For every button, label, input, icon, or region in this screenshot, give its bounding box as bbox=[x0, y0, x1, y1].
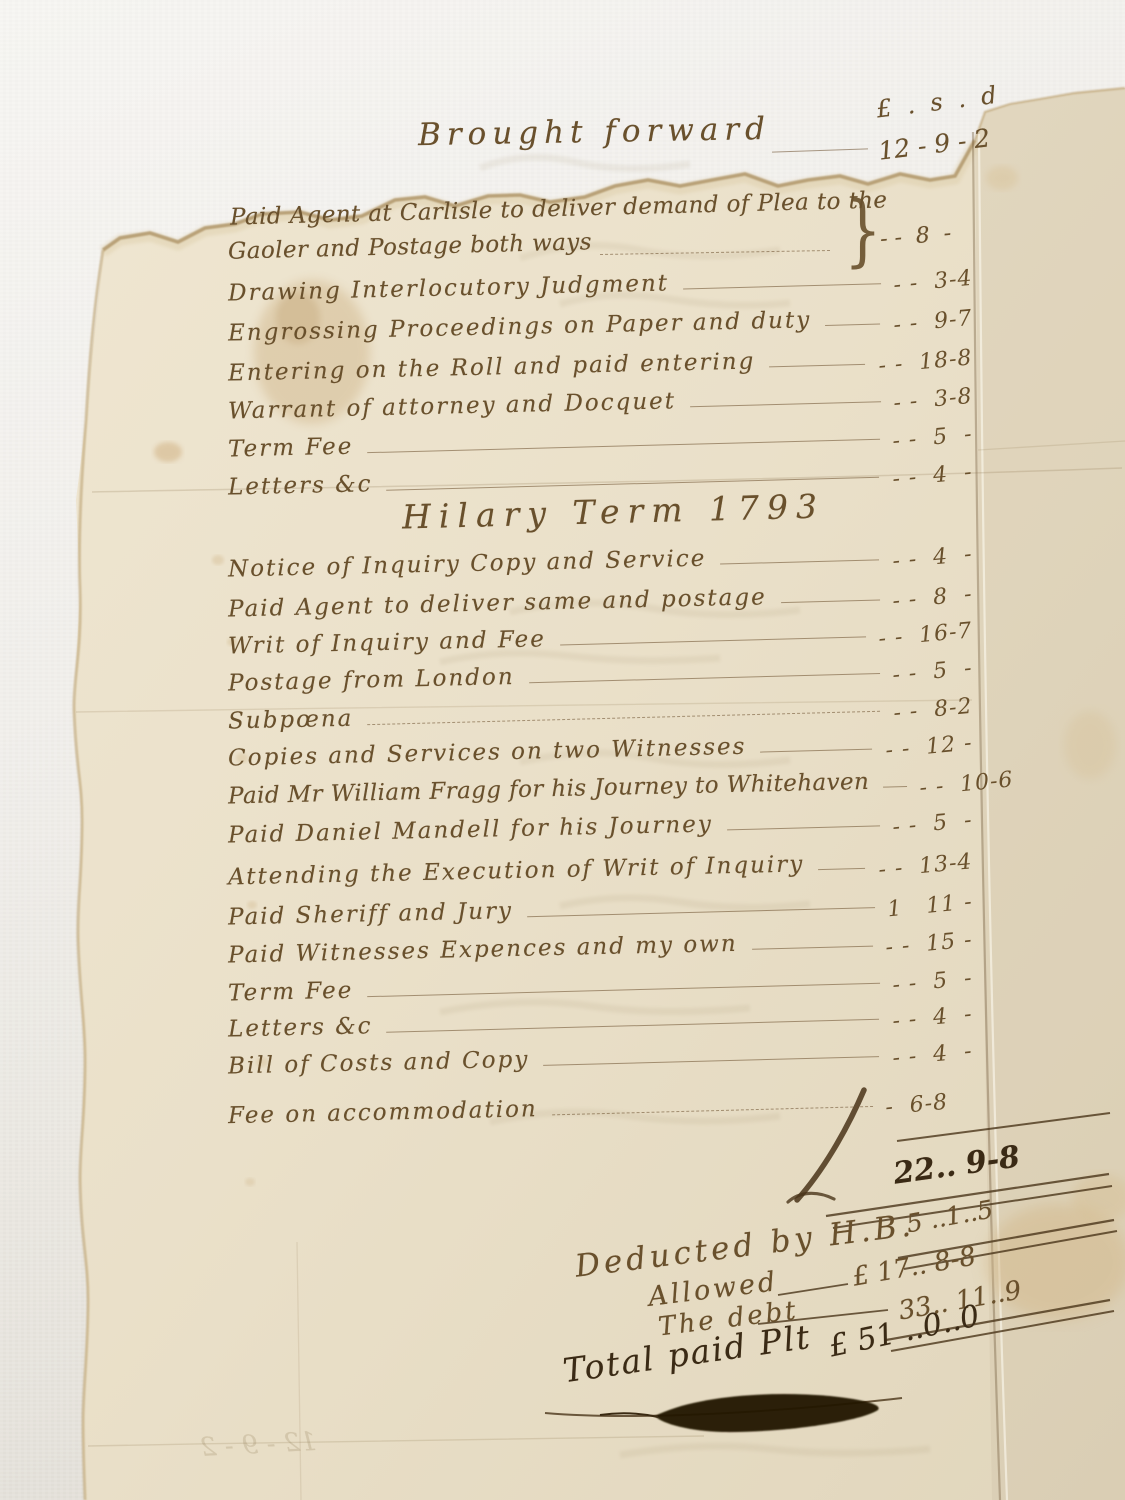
leader-line bbox=[529, 673, 880, 683]
leader-line bbox=[560, 636, 866, 645]
entry-desc: Term Fee bbox=[228, 434, 354, 463]
entry-brace: } bbox=[844, 186, 881, 276]
leader-line bbox=[683, 283, 881, 289]
entry-desc: Subpœna bbox=[228, 706, 354, 735]
entry-desc: Letters &c bbox=[228, 1013, 373, 1042]
bleed-through-amount: 12 - 9 - 2 bbox=[199, 1427, 317, 1463]
leader-line bbox=[752, 946, 873, 950]
document-photo: £ . s . d Brought forward 12 - 9 - 2 Pai… bbox=[0, 0, 1125, 1500]
leader-line bbox=[883, 786, 907, 788]
brought-forward-label: Brought forward bbox=[418, 111, 772, 153]
leader-line bbox=[690, 401, 881, 407]
leader-line bbox=[727, 825, 880, 830]
leader-line bbox=[543, 1056, 879, 1066]
leader-line bbox=[761, 749, 873, 753]
leader-line bbox=[527, 907, 875, 917]
leader-line bbox=[720, 559, 879, 564]
leader-line bbox=[769, 364, 865, 368]
leader-line bbox=[552, 1106, 873, 1115]
leader-line bbox=[825, 324, 880, 326]
entry-desc: Term Fee bbox=[228, 978, 354, 1007]
entry-desc: Letters &c bbox=[228, 471, 373, 500]
leader-line bbox=[818, 868, 865, 870]
leader-line bbox=[781, 599, 880, 603]
